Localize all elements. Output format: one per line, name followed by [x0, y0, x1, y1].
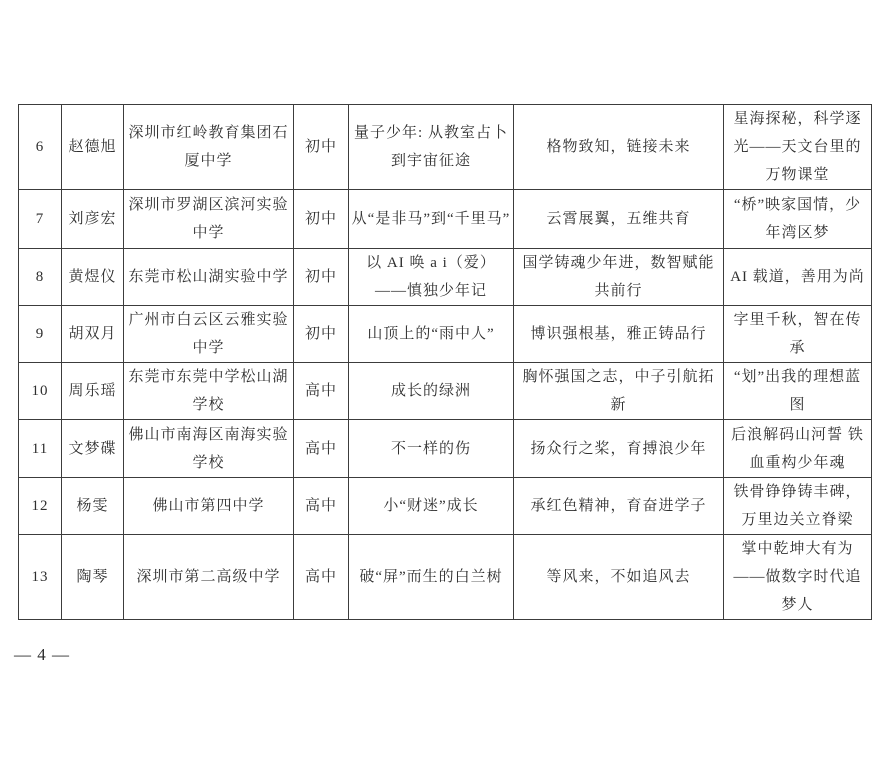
document-page: 6 赵德旭 深圳市红岭教育集团石厦中学 初中 量子少年: 从教室占卜到宇宙征途 …	[0, 0, 882, 763]
cell-title-a: 不一样的伤	[349, 420, 514, 478]
cell-number: 13	[19, 535, 62, 620]
cell-title-b: 国学铸魂少年进，数智赋能共前行	[514, 249, 724, 306]
cell-stage: 初中	[294, 105, 349, 190]
cell-title-b: 云霄展翼，五维共育	[514, 190, 724, 249]
table-row: 8 黄煜仪 东莞市松山湖实验中学 初中 以 AI 唤 a i（爱）——慎独少年记…	[19, 249, 872, 306]
table-row: 12 杨雯 佛山市第四中学 高中 小“财迷”成长 承红色精神，育奋进学子 铁骨铮…	[19, 478, 872, 535]
cell-school: 东莞市松山湖实验中学	[124, 249, 294, 306]
cell-number: 7	[19, 190, 62, 249]
cell-title-c: 后浪解码山河誓 铁血重构少年魂	[724, 420, 872, 478]
cell-title-b: 博识强根基，雅正铸品行	[514, 306, 724, 363]
table-row: 13 陶琴 深圳市第二高级中学 高中 破“屏”而生的白兰树 等风来，不如追风去 …	[19, 535, 872, 620]
cell-number: 12	[19, 478, 62, 535]
cell-title-b: 胸怀强国之志，中子引航拓新	[514, 363, 724, 420]
cell-title-c: 铁骨铮铮铸丰碑，万里边关立脊梁	[724, 478, 872, 535]
table-row: 10 周乐瑶 东莞市东莞中学松山湖学校 高中 成长的绿洲 胸怀强国之志，中子引航…	[19, 363, 872, 420]
cell-title-a: 从“是非马”到“千里马”	[349, 190, 514, 249]
cell-title-b: 等风来，不如追风去	[514, 535, 724, 620]
cell-stage: 高中	[294, 535, 349, 620]
cell-stage: 高中	[294, 420, 349, 478]
cell-stage: 初中	[294, 249, 349, 306]
table-row: 9 胡双月 广州市白云区云雅实验中学 初中 山顶上的“雨中人” 博识强根基，雅正…	[19, 306, 872, 363]
cell-number: 11	[19, 420, 62, 478]
cell-title-b: 承红色精神，育奋进学子	[514, 478, 724, 535]
cell-stage: 初中	[294, 190, 349, 249]
cell-school: 深圳市罗湖区滨河实验中学	[124, 190, 294, 249]
cell-name: 胡双月	[62, 306, 124, 363]
cell-number: 8	[19, 249, 62, 306]
cell-title-c: 掌中乾坤大有为——做数字时代追梦人	[724, 535, 872, 620]
cell-name: 杨雯	[62, 478, 124, 535]
cell-name: 刘彦宏	[62, 190, 124, 249]
cell-title-a: 破“屏”而生的白兰树	[349, 535, 514, 620]
cell-stage: 高中	[294, 478, 349, 535]
page-number: — 4 —	[14, 645, 70, 665]
cell-stage: 高中	[294, 363, 349, 420]
award-roster-table: 6 赵德旭 深圳市红岭教育集团石厦中学 初中 量子少年: 从教室占卜到宇宙征途 …	[18, 104, 872, 620]
cell-name: 文梦碟	[62, 420, 124, 478]
cell-school: 佛山市第四中学	[124, 478, 294, 535]
cell-title-a: 以 AI 唤 a i（爱）——慎独少年记	[349, 249, 514, 306]
cell-school: 佛山市南海区南海实验学校	[124, 420, 294, 478]
cell-stage: 初中	[294, 306, 349, 363]
table-row: 6 赵德旭 深圳市红岭教育集团石厦中学 初中 量子少年: 从教室占卜到宇宙征途 …	[19, 105, 872, 190]
cell-title-a: 小“财迷”成长	[349, 478, 514, 535]
cell-title-a: 山顶上的“雨中人”	[349, 306, 514, 363]
cell-school: 东莞市东莞中学松山湖学校	[124, 363, 294, 420]
cell-number: 9	[19, 306, 62, 363]
cell-title-c: “桥”映家国情，少年湾区梦	[724, 190, 872, 249]
cell-title-b: 扬众行之桨，育搏浪少年	[514, 420, 724, 478]
cell-school: 广州市白云区云雅实验中学	[124, 306, 294, 363]
cell-name: 周乐瑶	[62, 363, 124, 420]
cell-title-c: 星海探秘，科学逐光——天文台里的万物课堂	[724, 105, 872, 190]
cell-title-a: 成长的绿洲	[349, 363, 514, 420]
table-row: 7 刘彦宏 深圳市罗湖区滨河实验中学 初中 从“是非马”到“千里马” 云霄展翼，…	[19, 190, 872, 249]
cell-name: 赵德旭	[62, 105, 124, 190]
cell-school: 深圳市第二高级中学	[124, 535, 294, 620]
cell-name: 黄煜仪	[62, 249, 124, 306]
cell-title-c: “划”出我的理想蓝图	[724, 363, 872, 420]
cell-school: 深圳市红岭教育集团石厦中学	[124, 105, 294, 190]
cell-title-a: 量子少年: 从教室占卜到宇宙征途	[349, 105, 514, 190]
cell-name: 陶琴	[62, 535, 124, 620]
cell-title-c: 字里千秋，智在传承	[724, 306, 872, 363]
table-row: 11 文梦碟 佛山市南海区南海实验学校 高中 不一样的伤 扬众行之桨，育搏浪少年…	[19, 420, 872, 478]
cell-title-b: 格物致知，链接未来	[514, 105, 724, 190]
cell-title-c: AI 载道，善用为尚	[724, 249, 872, 306]
cell-number: 6	[19, 105, 62, 190]
cell-number: 10	[19, 363, 62, 420]
